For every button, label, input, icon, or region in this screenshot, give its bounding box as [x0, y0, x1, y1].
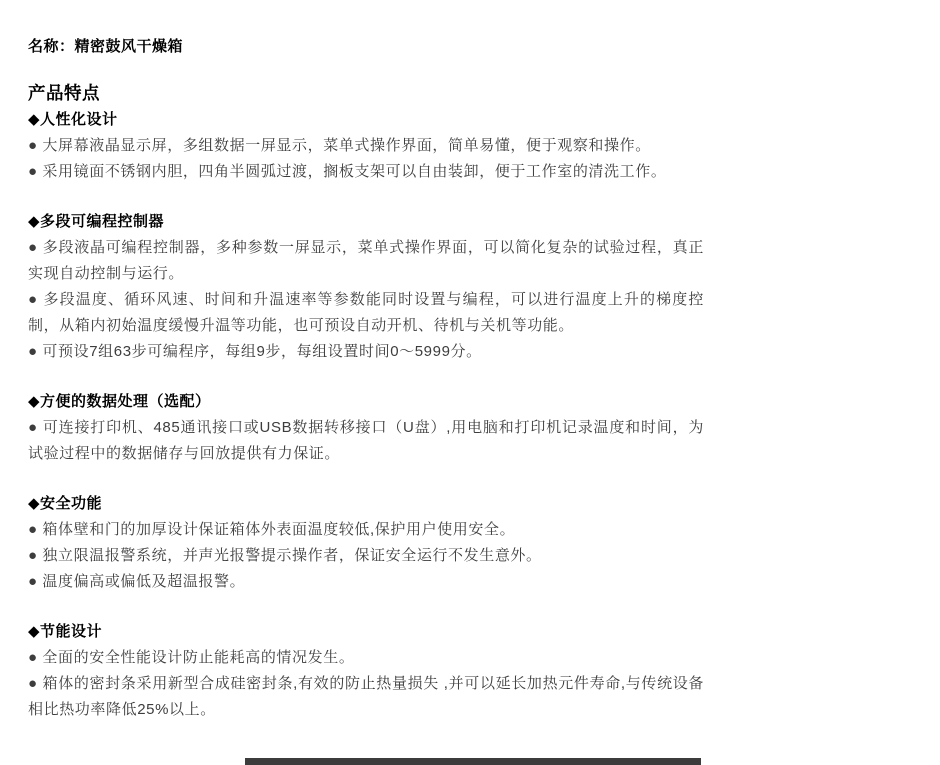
features-title: 产品特点 [28, 79, 704, 107]
product-name-line: 名称：精密鼓风干燥箱 [28, 34, 704, 60]
section-safety-functions: ◆安全功能 ● 箱体壁和门的加厚设计保证箱体外表面温度较低,保护用户使用安全。 … [28, 491, 704, 595]
feature-bullet: ● 全面的安全性能设计防止能耗高的情况发生。 [28, 645, 704, 671]
section-data-processing: ◆方便的数据处理（选配） ● 可连接打印机、485通讯接口或USB数据转移接口（… [28, 389, 704, 467]
feature-bullet: ● 多段温度、循环风速、时间和升温速率等参数能同时设置与编程，可以进行温度上升的… [28, 287, 704, 339]
section-heading-humanized-design: ◆人性化设计 [28, 107, 704, 133]
product-description-document: 名称：精密鼓风干燥箱 产品特点 ◆人性化设计 ● 大屏幕液晶显示屏，多组数据一屏… [0, 0, 940, 765]
section-humanized-design: ◆人性化设计 ● 大屏幕液晶显示屏，多组数据一屏显示，菜单式操作界面，简单易懂，… [28, 107, 704, 185]
feature-bullet: ● 温度偏高或偏低及超温报警。 [28, 569, 704, 595]
feature-bullet: ● 可预设7组63步可编程序，每组9步，每组设置时间0～5999分。 [28, 339, 704, 365]
section-heading-safety-functions: ◆安全功能 [28, 491, 704, 517]
feature-bullet: ● 可连接打印机、485通讯接口或USB数据转移接口（U盘）,用电脑和打印机记录… [28, 415, 704, 467]
feature-bullet: ● 箱体的密封条采用新型合成硅密封条,有效的防止热量损失 ,并可以延长加热元件寿… [28, 671, 704, 723]
feature-bullet: ● 采用镜面不锈钢内胆，四角半圆弧过渡，搁板支架可以自由装卸，便于工作室的清洗工… [28, 159, 704, 185]
product-name-value: 精密鼓风干燥箱 [75, 38, 184, 55]
section-energy-saving: ◆节能设计 ● 全面的安全性能设计防止能耗高的情况发生。 ● 箱体的密封条采用新… [28, 619, 704, 723]
feature-bullet: ● 独立限温报警系统，并声光报警提示操作者，保证安全运行不发生意外。 [28, 543, 704, 569]
section-heading-energy-saving: ◆节能设计 [28, 619, 704, 645]
feature-bullet: ● 箱体壁和门的加厚设计保证箱体外表面温度较低,保护用户使用安全。 [28, 517, 704, 543]
section-heading-programmable-controller: ◆多段可编程控制器 [28, 209, 704, 235]
cutoff-content-edge [245, 758, 701, 765]
section-programmable-controller: ◆多段可编程控制器 ● 多段液晶可编程控制器，多种参数一屏显示，菜单式操作界面，… [28, 209, 704, 365]
feature-bullet: ● 大屏幕液晶显示屏，多组数据一屏显示，菜单式操作界面，简单易懂，便于观察和操作… [28, 133, 704, 159]
section-heading-data-processing: ◆方便的数据处理（选配） [28, 389, 704, 415]
product-name-label: 名称： [28, 38, 75, 55]
feature-bullet: ● 多段液晶可编程控制器，多种参数一屏显示，菜单式操作界面，可以简化复杂的试验过… [28, 235, 704, 287]
document-content: 名称：精密鼓风干燥箱 产品特点 ◆人性化设计 ● 大屏幕液晶显示屏，多组数据一屏… [28, 34, 704, 723]
